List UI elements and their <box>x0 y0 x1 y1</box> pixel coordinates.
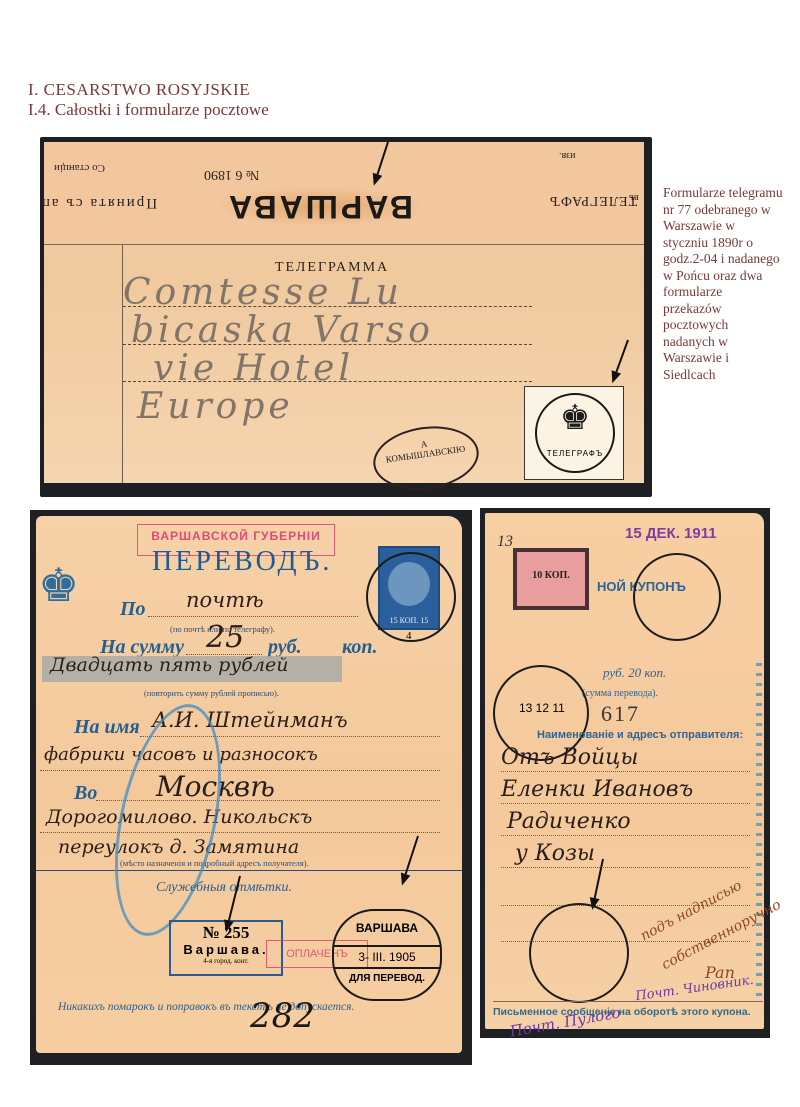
violet-clerk-note: Почт. Чиновник. <box>635 973 755 1004</box>
warszawa-cancel: ВАРШАВА <box>220 188 419 225</box>
warszawa-money-order-cancel: ВАРШАВА 3- III. 1905 ДЛЯ ПЕРЕВОД. <box>332 909 442 1001</box>
dotted-line <box>501 867 750 868</box>
written-message-notice: Письменное сообщеніе на оборотѣ этого ку… <box>493 1001 763 1018</box>
telegram-form-scan: Со станціи № 6 1890 Принята съ ап изв. Т… <box>40 137 652 497</box>
money-order-paper: ВАРШАВСКОЙ ГУБЕРНІИ ПЕРЕВОДЪ. ♚ 15 КОП. … <box>36 516 462 1053</box>
izv-label: изв. <box>559 150 576 161</box>
handwritten-sender: Радиченко <box>507 809 631 834</box>
kop-label: коп. <box>342 636 378 659</box>
coupon-paper: 13 10 КОП. 15 ДЕК. 1911 НОЙ КУПОНЪ руб. … <box>485 513 764 1029</box>
separator-line <box>36 870 462 871</box>
siedlce-postmark-2 <box>529 903 629 1003</box>
telegraph-label: ТЕЛЕГРАФЪ <box>549 192 637 208</box>
sum-words-hint: (повторить сумму рублей прописью). <box>144 688 279 698</box>
double-headed-eagle-icon: ♚ <box>537 395 613 443</box>
handwritten-line: Europe <box>137 386 294 427</box>
accepted-label: Принята съ ап <box>40 194 157 211</box>
dotted-line <box>40 832 440 833</box>
subsection-title: I.4. Całostki i formularze pocztowe <box>28 100 269 120</box>
handwritten-number: 282 <box>250 996 315 1036</box>
section-title: I. CESARSTWO ROSYJSKIE <box>28 80 250 100</box>
description-caption: Formularze telegramu nr 77 odebranego w … <box>663 185 783 383</box>
imperial-eagle-emblem: ♚ ТЕЛЕГРАФЪ <box>535 393 615 473</box>
revenue-stamp-10-kop: 10 КОП. <box>513 548 589 610</box>
dotted-line <box>501 803 750 804</box>
serial-number: 617 <box>601 701 640 727</box>
telegraph-emblem-box: ♚ ТЕЛЕГРАФЪ <box>524 386 624 480</box>
sender-label: Наименованіе и адресъ отправителя: <box>537 729 743 741</box>
rub-kop-label: руб. 20 коп. <box>603 665 666 681</box>
sum-hint: (сумма перевода). <box>582 688 658 699</box>
coupon-card-scan: 13 10 КОП. 15 ДЕК. 1911 НОЙ КУПОНЪ руб. … <box>480 508 770 1038</box>
handwritten-sender: Отъ Войцы <box>501 745 638 770</box>
by-label: По <box>120 598 146 621</box>
warszawa-round-postmark: 4 <box>366 552 456 642</box>
siedlce-postmark-date: 13 12 11 <box>519 701 565 715</box>
money-order-card-scan: ВАРШАВСКОЙ ГУБЕРНІИ ПЕРЕВОДЪ. ♚ 15 КОП. … <box>30 510 472 1065</box>
telegram-header-strip: Со станціи № 6 1890 Принята съ ап изв. Т… <box>44 142 644 245</box>
telegram-paper: Со станціи № 6 1890 Принята съ ап изв. Т… <box>44 142 644 483</box>
round-postmark <box>633 553 721 641</box>
handwritten-sum: 25 <box>206 620 244 655</box>
handwritten-sender: у Козы <box>515 841 595 866</box>
oval-postmark: А КОМЫШЛАВСКІЮ <box>369 420 483 496</box>
official-notes-label: Служебныя отмѣтки. <box>156 880 292 896</box>
telegraph-suffix: въ <box>629 192 639 203</box>
station-label: Со станціи <box>54 162 105 174</box>
destination-label: Во <box>74 782 97 805</box>
double-headed-eagle-icon: ♚ <box>38 558 79 612</box>
handwritten-line: Comtesse Lu <box>123 272 403 313</box>
telegram-number: № 6 1890 <box>204 166 259 182</box>
handwritten-line: vie Hotel <box>153 348 354 389</box>
telegram-body: ТЕЛЕГРАММА Comtesse Lu bicaska Varso vie… <box>122 244 644 483</box>
handwritten-line: bicaska Varso <box>131 310 434 351</box>
dotted-line <box>501 771 750 772</box>
handwritten-sum-words: Двадцать пять рублей <box>50 654 288 676</box>
decorative-border <box>756 663 762 1001</box>
violet-date-stamp: 15 ДЕК. 1911 <box>625 525 717 542</box>
money-order-title: ПЕРЕВОДЪ. <box>152 546 332 578</box>
name-label: На имя <box>74 716 140 739</box>
handwritten-by: почтѣ <box>186 588 264 612</box>
handwritten-sender: Еленки Ивановъ <box>501 777 693 802</box>
dotted-line <box>148 616 358 617</box>
dotted-line <box>501 835 750 836</box>
corner-number: 13 <box>497 533 513 551</box>
